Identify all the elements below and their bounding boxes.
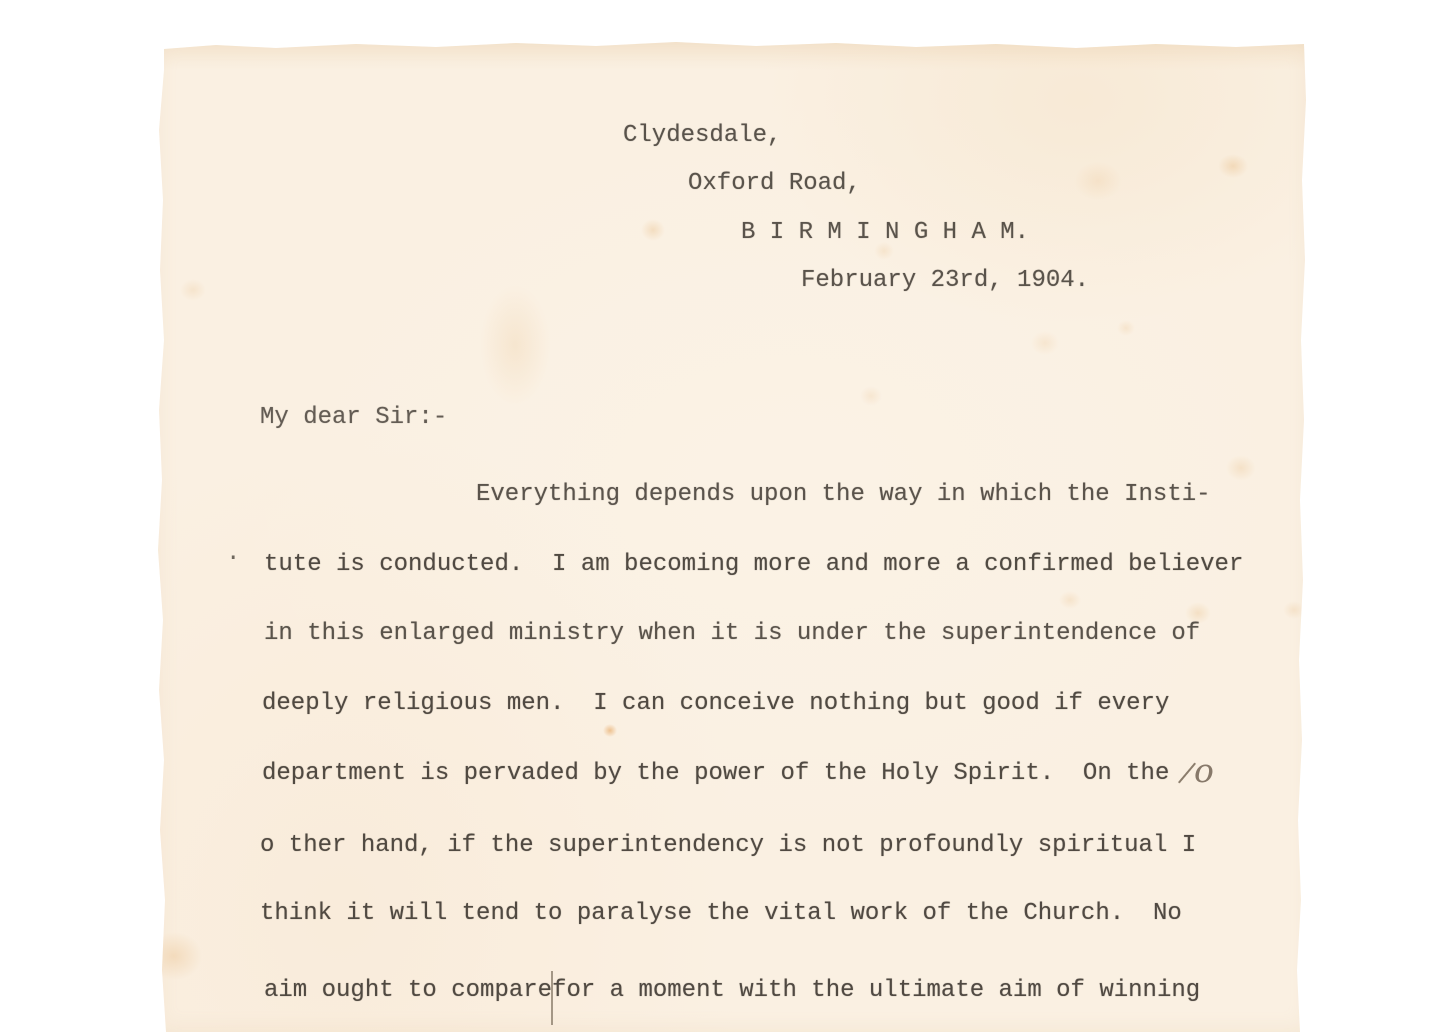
salutation: My dear Sir:- [260,406,447,430]
stain [641,219,665,241]
body-line-1: Everything depends upon the way in which… [476,483,1211,507]
stain [860,386,882,406]
pencil-inserted-letter: o [1194,754,1214,787]
body-line-2: tute is conducted. I am becoming more an… [264,553,1243,577]
crease-smudge [480,285,550,405]
stain [1031,331,1059,355]
heading-date: February 23rd, 1904. [801,269,1089,293]
letter-paper-sheet: Clydesdale, Oxford Road, B I R M I N G H… [156,40,1310,1032]
body-line-8-part2: for a moment with the ultimate aim of wi… [552,977,1200,1004]
body-line-4: deeply religious men. I can conceive not… [262,692,1169,716]
scanned-letter-photo: { "document": { "kind": "typewritten-let… [0,0,1445,1032]
body-line-7: think it will tend to paralyse the vital… [260,902,1182,926]
stain [1074,162,1122,200]
stain [1218,154,1248,178]
pencil-insertion: o [1176,750,1224,806]
stain [1226,455,1256,481]
stain [180,279,206,301]
stain [1283,601,1305,619]
margin-dot: . [226,542,240,566]
stain [146,932,202,980]
heading-residence: Clydesdale, [623,124,781,148]
stain [603,724,617,737]
body-line-6: o ther hand, if the superintendency is n… [260,834,1196,858]
body-line-3: in this enlarged ministry when it is und… [264,622,1200,646]
stain [1059,591,1081,609]
heading-city: B I R M I N G H A M. [741,221,1029,245]
body-line-8: aim ought to comparefor a moment with th… [264,971,1200,1025]
pencil-word-divider-mark [551,971,553,1025]
body-line-8-part1: aim ought to compare [264,977,552,1004]
stain [1117,320,1135,336]
heading-street: Oxford Road, [688,172,861,196]
body-line-5: department is pervaded by the power of t… [262,762,1169,786]
